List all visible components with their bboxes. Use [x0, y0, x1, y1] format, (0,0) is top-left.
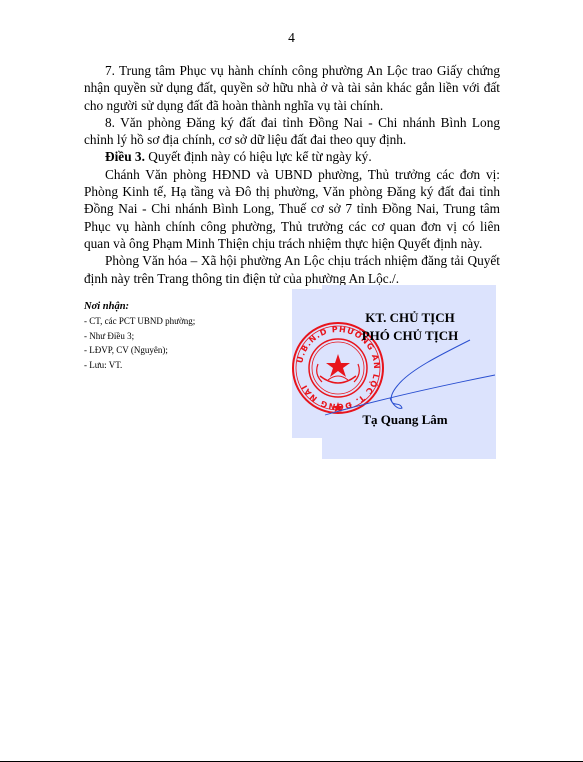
item-7-paragraph: 7. Trung tâm Phục vụ hành chính công phư… [84, 62, 500, 114]
recipients-title: Nơi nhận: [84, 300, 284, 314]
recipients-block: Nơi nhận: - CT, các PCT UBND phường; - N… [84, 300, 284, 372]
signature-title: KT. CHỦ TỊCH PHÓ CHỦ TỊCH [340, 309, 480, 345]
publish-paragraph: Phòng Văn hóa – Xã hội phường An Lộc chị… [84, 252, 500, 287]
article-3-paragraph: Điều 3. Quyết định này có hiệu lực kể từ… [84, 148, 500, 165]
article-3-text: Quyết định này có hiệu lực kể từ ngày ký… [145, 149, 372, 164]
signature-title-line2: PHÓ CHỦ TỊCH [340, 327, 480, 345]
item-8-paragraph: 8. Văn phòng Đăng ký đất đai tỉnh Đồng N… [84, 114, 500, 149]
recipient-item: - Như Điều 3; [84, 329, 284, 344]
recipient-item: - Lưu: VT. [84, 358, 284, 373]
responsible-parties-paragraph: Chánh Văn phòng HĐND và UBND phường, Thủ… [84, 166, 500, 252]
recipient-item: - CT, các PCT UBND phường; [84, 314, 284, 329]
recipient-item: - LĐVP, CV (Nguyên); [84, 343, 284, 358]
page-number: 4 [0, 30, 583, 46]
article-3-label: Điều 3. [105, 149, 145, 164]
signer-name: Tạ Quang Lâm [340, 412, 470, 428]
document-body: 7. Trung tâm Phục vụ hành chính công phư… [84, 62, 500, 287]
signature-title-line1: KT. CHỦ TỊCH [340, 309, 480, 327]
